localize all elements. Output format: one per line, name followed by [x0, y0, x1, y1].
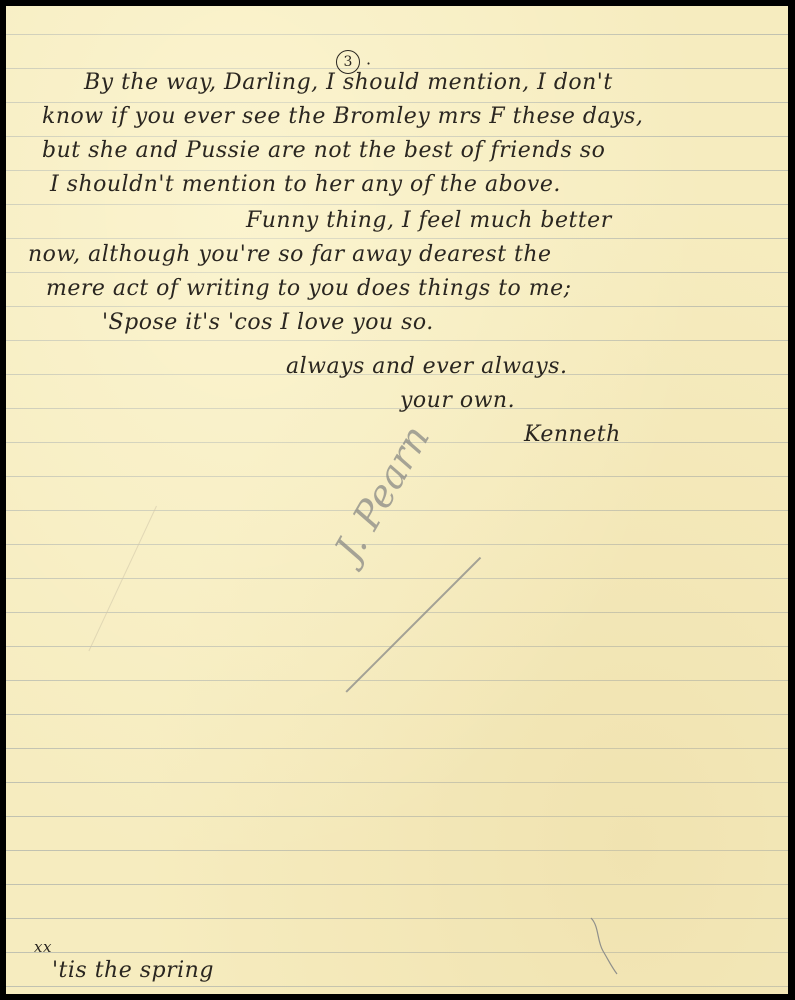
closing-line-2: your own. [400, 388, 515, 413]
letter-line-4: I shouldn't mention to her any of the ab… [50, 172, 561, 197]
postscript-text: 'tis the spring [52, 958, 214, 983]
letter-line-6: now, although you're so far away dearest… [28, 242, 552, 267]
page-number-text: 3 [344, 54, 353, 70]
letter-line-3: but she and Pussie are not the best of f… [42, 138, 605, 163]
letter-line-8: 'Spose it's 'cos I love you so. [102, 310, 434, 335]
letter-line-1: By the way, Darling, I should mention, I… [84, 70, 613, 95]
signature: Kenneth [524, 422, 621, 447]
pencil-mark-icon [589, 916, 619, 976]
letter-page: 3 · By the way, Darling, I should mentio… [6, 6, 788, 994]
paper-crease [88, 506, 157, 651]
letter-line-2: know if you ever see the Bromley mrs F t… [42, 104, 643, 129]
postscript-kisses: xx [34, 938, 52, 956]
letter-line-5: Funny thing, I feel much better [246, 208, 612, 233]
pencil-stroke [345, 557, 480, 692]
closing-line-1: always and ever always. [286, 354, 567, 379]
pencil-annotation: J. Pearn [326, 418, 438, 568]
letter-line-7: mere act of writing to you does things t… [46, 276, 572, 301]
